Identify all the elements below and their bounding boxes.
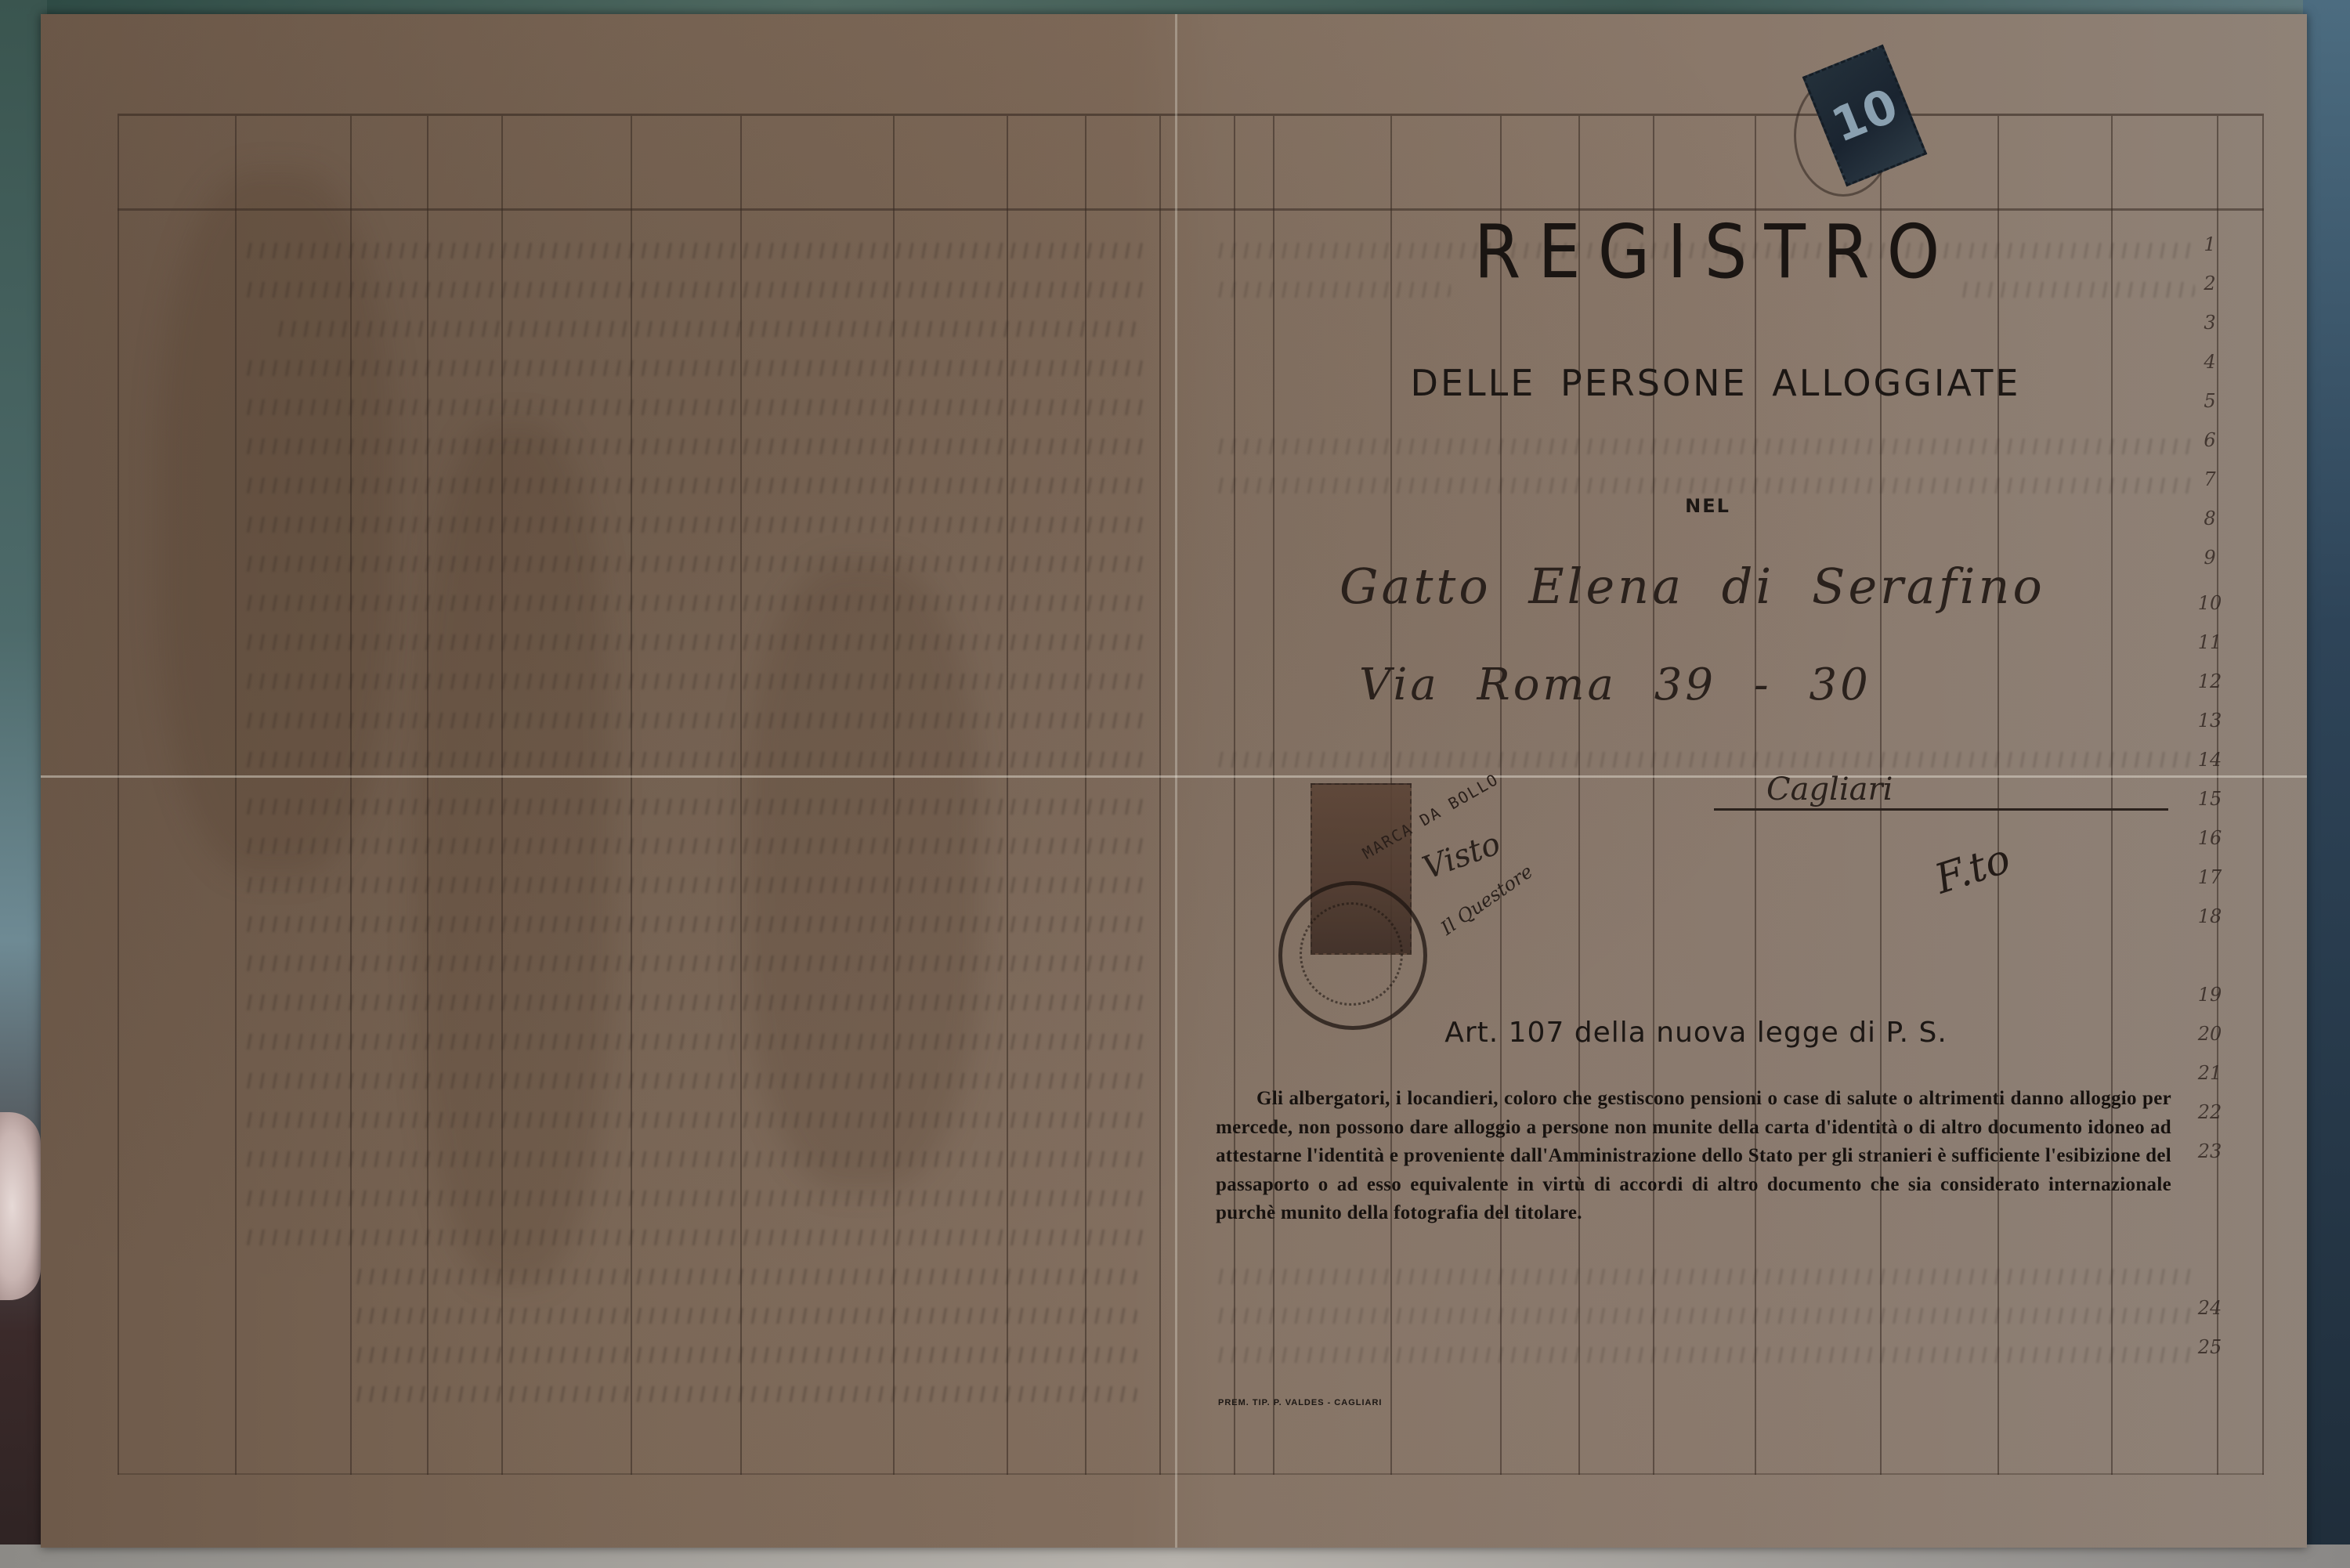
bleed-through-text xyxy=(276,321,1137,337)
row-number: 4 xyxy=(2193,351,2226,373)
row-number: 11 xyxy=(2193,631,2226,653)
horizontal-fold xyxy=(41,775,2307,778)
row-number: 23 xyxy=(2193,1140,2226,1162)
row-number: 5 xyxy=(2193,390,2226,412)
row-number: 10 xyxy=(2193,592,2226,614)
row-number: 3 xyxy=(2193,312,2226,334)
bleed-through-text xyxy=(1216,752,2195,768)
bleed-through-text xyxy=(244,595,1145,611)
row-number: 25 xyxy=(2193,1336,2226,1358)
bleed-through-text xyxy=(244,634,1145,650)
register-title: REGISTRO xyxy=(1473,209,1958,295)
row-number: 8 xyxy=(2193,508,2226,529)
row-number: 24 xyxy=(2193,1297,2226,1319)
bottom-rule xyxy=(117,1473,2264,1475)
row-number: 1 xyxy=(2193,233,2226,255)
column-rule xyxy=(117,116,119,1475)
bleed-through-text xyxy=(1960,282,2195,298)
row-number: 17 xyxy=(2193,866,2226,888)
place-handwritten: Cagliari xyxy=(1766,771,1893,807)
register-subtitle: DELLE PERSONE ALLOGGIATE xyxy=(1324,362,2107,404)
bleed-through-text xyxy=(244,478,1145,493)
law-article-heading: Art. 107 della nuova legge di P. S. xyxy=(1359,1017,2033,1049)
column-rule xyxy=(1159,116,1161,1475)
row-number: 7 xyxy=(2193,468,2226,490)
bleed-through-text xyxy=(244,1112,1145,1128)
background-table-surface xyxy=(0,1545,2350,1568)
row-number: 22 xyxy=(2193,1101,2226,1123)
row-number: 2 xyxy=(2193,273,2226,294)
background-right xyxy=(2303,0,2350,1568)
row-number: 16 xyxy=(2193,827,2226,849)
establishment-address-handwritten: Via Roma 39 - 30 xyxy=(1359,659,1871,710)
bleed-through-text xyxy=(244,1190,1145,1206)
row-number: 21 xyxy=(2193,1062,2226,1084)
bleed-through-text xyxy=(1216,282,1451,298)
bleed-through-text xyxy=(244,877,1145,893)
bleed-through-text xyxy=(354,1386,1137,1402)
connector-label: NEL xyxy=(1661,495,1755,517)
bleed-through-text xyxy=(244,995,1145,1010)
bleed-through-text xyxy=(354,1347,1137,1363)
bleed-through-text xyxy=(244,916,1145,932)
establishment-owner-handwritten: Gatto Elena di Serafino xyxy=(1339,558,2045,615)
bleed-through-text xyxy=(1216,1269,2195,1284)
bleed-through-text xyxy=(354,1308,1137,1324)
row-number: 20 xyxy=(2193,1023,2226,1045)
bleed-through-text xyxy=(244,956,1145,971)
bleed-through-text xyxy=(244,752,1145,768)
bleed-through-text xyxy=(1216,1308,2195,1324)
printer-imprint: PREM. TIP. P. VALDES - CAGLIARI xyxy=(1218,1398,1382,1407)
bleed-through-text xyxy=(244,517,1145,533)
bleed-through-text xyxy=(244,838,1145,854)
place-underline xyxy=(1714,808,2168,811)
column-rule xyxy=(235,116,237,1475)
bleed-through-text xyxy=(1216,1347,2195,1363)
row-number: 18 xyxy=(2193,905,2226,927)
column-rule xyxy=(2262,116,2264,1475)
column-rule xyxy=(350,116,352,1475)
bleed-through-text xyxy=(244,243,1145,258)
bleed-through-text xyxy=(244,1151,1145,1167)
bleed-through-text xyxy=(244,439,1145,454)
bleed-through-text xyxy=(244,1034,1145,1050)
bleed-through-text xyxy=(1216,478,2195,493)
row-number: 9 xyxy=(2193,547,2226,569)
vertical-fold xyxy=(1175,14,1177,1548)
row-number: 6 xyxy=(2193,429,2226,451)
revenue-stamp-value: 10 xyxy=(1824,78,1906,153)
bleed-through-text xyxy=(244,1230,1145,1245)
register-sheet xyxy=(41,14,2307,1548)
row-number: 15 xyxy=(2193,788,2226,810)
bleed-through-text xyxy=(244,360,1145,376)
bleed-through-text xyxy=(1216,439,2195,454)
bleed-through-text xyxy=(244,1073,1145,1089)
official-round-seal xyxy=(1278,881,1427,1030)
bleed-through-text xyxy=(354,1269,1137,1284)
bleed-through-text xyxy=(244,282,1145,298)
bleed-through-text xyxy=(244,713,1145,728)
bleed-through-text xyxy=(244,674,1145,689)
row-number: 12 xyxy=(2193,670,2226,692)
row-number: 14 xyxy=(2193,749,2226,771)
law-article-body: Gli albergatori, i locandieri, coloro ch… xyxy=(1216,1085,2171,1228)
holding-hand xyxy=(0,1112,41,1300)
bleed-through-text xyxy=(244,799,1145,815)
bleed-through-text xyxy=(244,556,1145,572)
bleed-through-text xyxy=(244,399,1145,415)
row-number: 19 xyxy=(2193,984,2226,1006)
row-number: 13 xyxy=(2193,710,2226,732)
background-left xyxy=(0,0,47,1568)
